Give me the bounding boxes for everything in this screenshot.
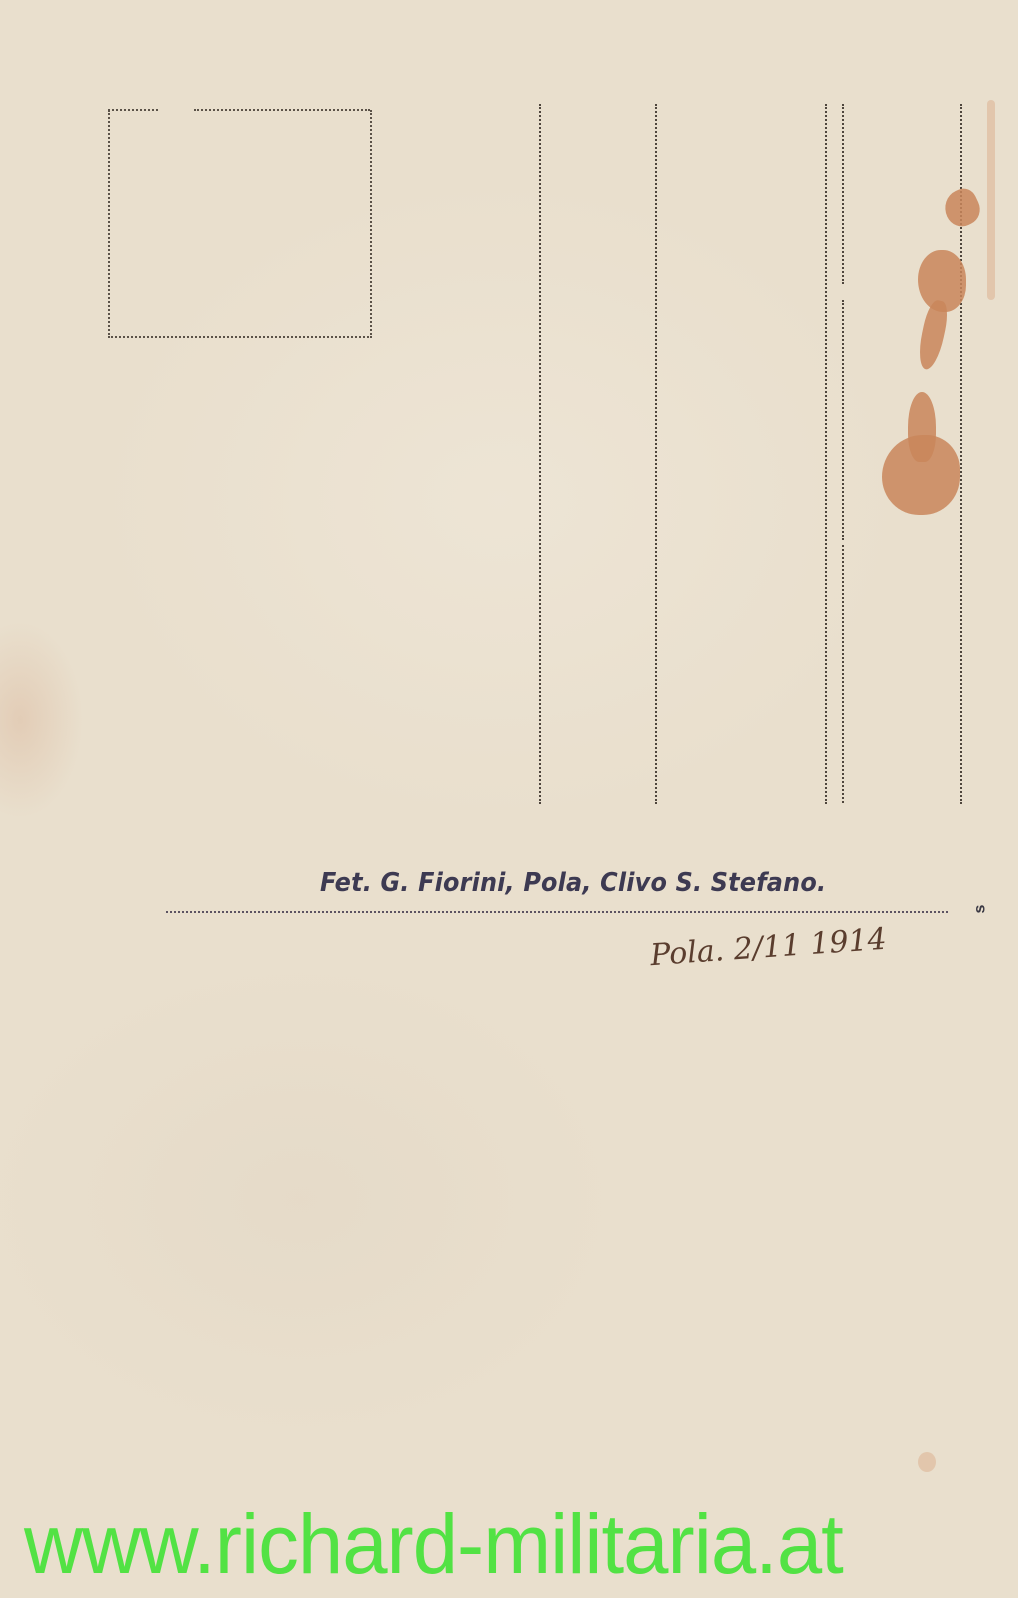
photographer-imprint: Fet. G. Fiorini, Pola, Clivo S. Stefano. bbox=[320, 868, 826, 898]
stain-small-spot bbox=[918, 1452, 936, 1472]
divider-line-1 bbox=[539, 104, 541, 804]
watermark-url: www.richard-militaria.at bbox=[24, 1496, 843, 1593]
stain-edge-streak bbox=[987, 100, 995, 300]
divider-line-3 bbox=[825, 104, 827, 804]
postcard-back: Fet. G. Fiorini, Pola, Clivo S. Stefano.… bbox=[0, 0, 1018, 1598]
divider-line-4c bbox=[842, 545, 844, 803]
divider-line-4a bbox=[842, 104, 844, 284]
address-line bbox=[166, 911, 948, 913]
divider-line-4b bbox=[842, 300, 844, 540]
stain-middle-tail bbox=[915, 298, 951, 371]
stain-bottom bbox=[882, 435, 960, 515]
handwritten-date: Pola. 2/11 1914 bbox=[649, 922, 888, 973]
stamp-box bbox=[108, 110, 372, 338]
divider-line-2 bbox=[655, 104, 657, 804]
edge-mark: s bbox=[971, 905, 989, 914]
stain-top bbox=[939, 185, 985, 232]
